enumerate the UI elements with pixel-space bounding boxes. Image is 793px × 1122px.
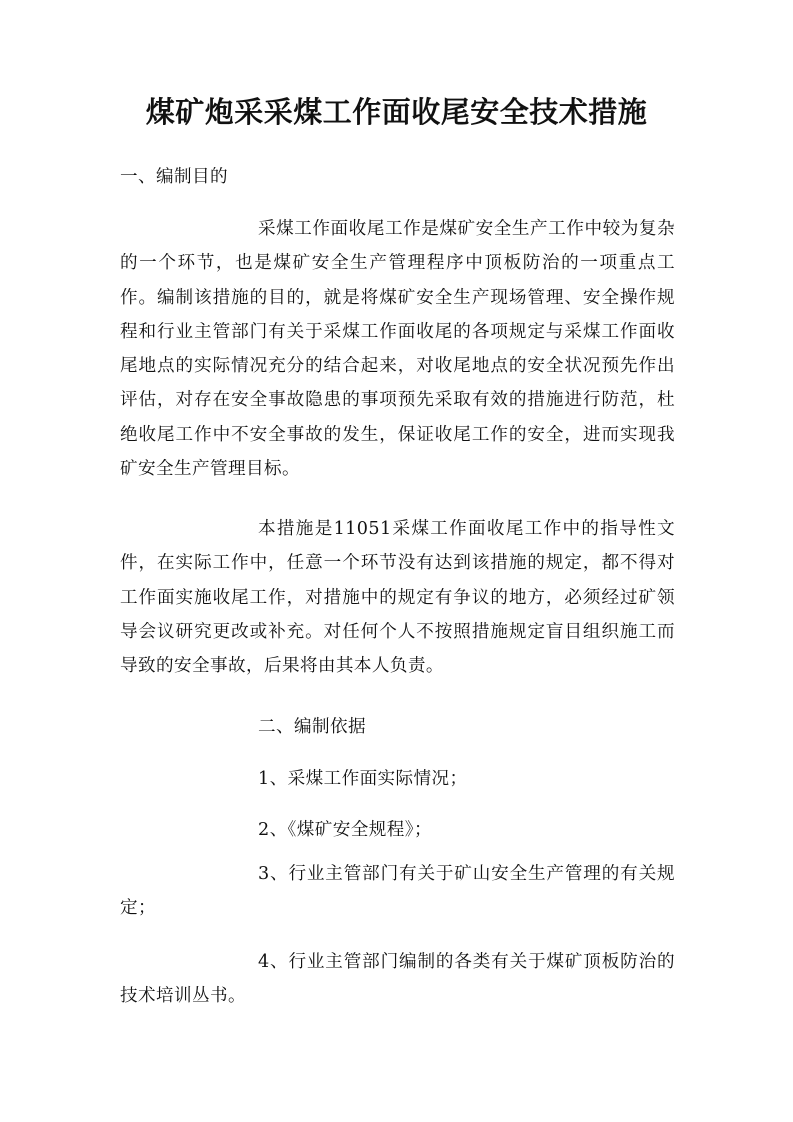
section-heading-purpose: 一、编制目的 — [120, 162, 228, 192]
paragraph-purpose-2: 本措施是11051采煤工作面收尾工作中的指导性文件，在实际工作中，任意一个环节没… — [120, 512, 675, 683]
basis-item-4: 4、行业主管部门编制的各类有关于煤矿顶板防治的技术培训丛书。 — [120, 945, 675, 1014]
document-page: 煤矿炮采采煤工作面收尾安全技术措施 一、编制目的 采煤工作面收尾工作是煤矿安全生… — [0, 0, 793, 1122]
paragraph-purpose-1: 采煤工作面收尾工作是煤矿安全生产工作中较为复杂的一个环节，也是煤矿安全生产管理程… — [120, 212, 675, 486]
basis-item-1: 1、采煤工作面实际情况； — [258, 764, 468, 794]
basis-item-3: 3、行业主管部门有关于矿山安全生产管理的有关规定； — [120, 857, 675, 926]
document-title: 煤矿炮采采煤工作面收尾安全技术措施 — [0, 92, 793, 132]
section-heading-basis: 二、编制依据 — [258, 712, 366, 742]
basis-item-2: 2、《煤矿安全规程》； — [258, 815, 432, 845]
